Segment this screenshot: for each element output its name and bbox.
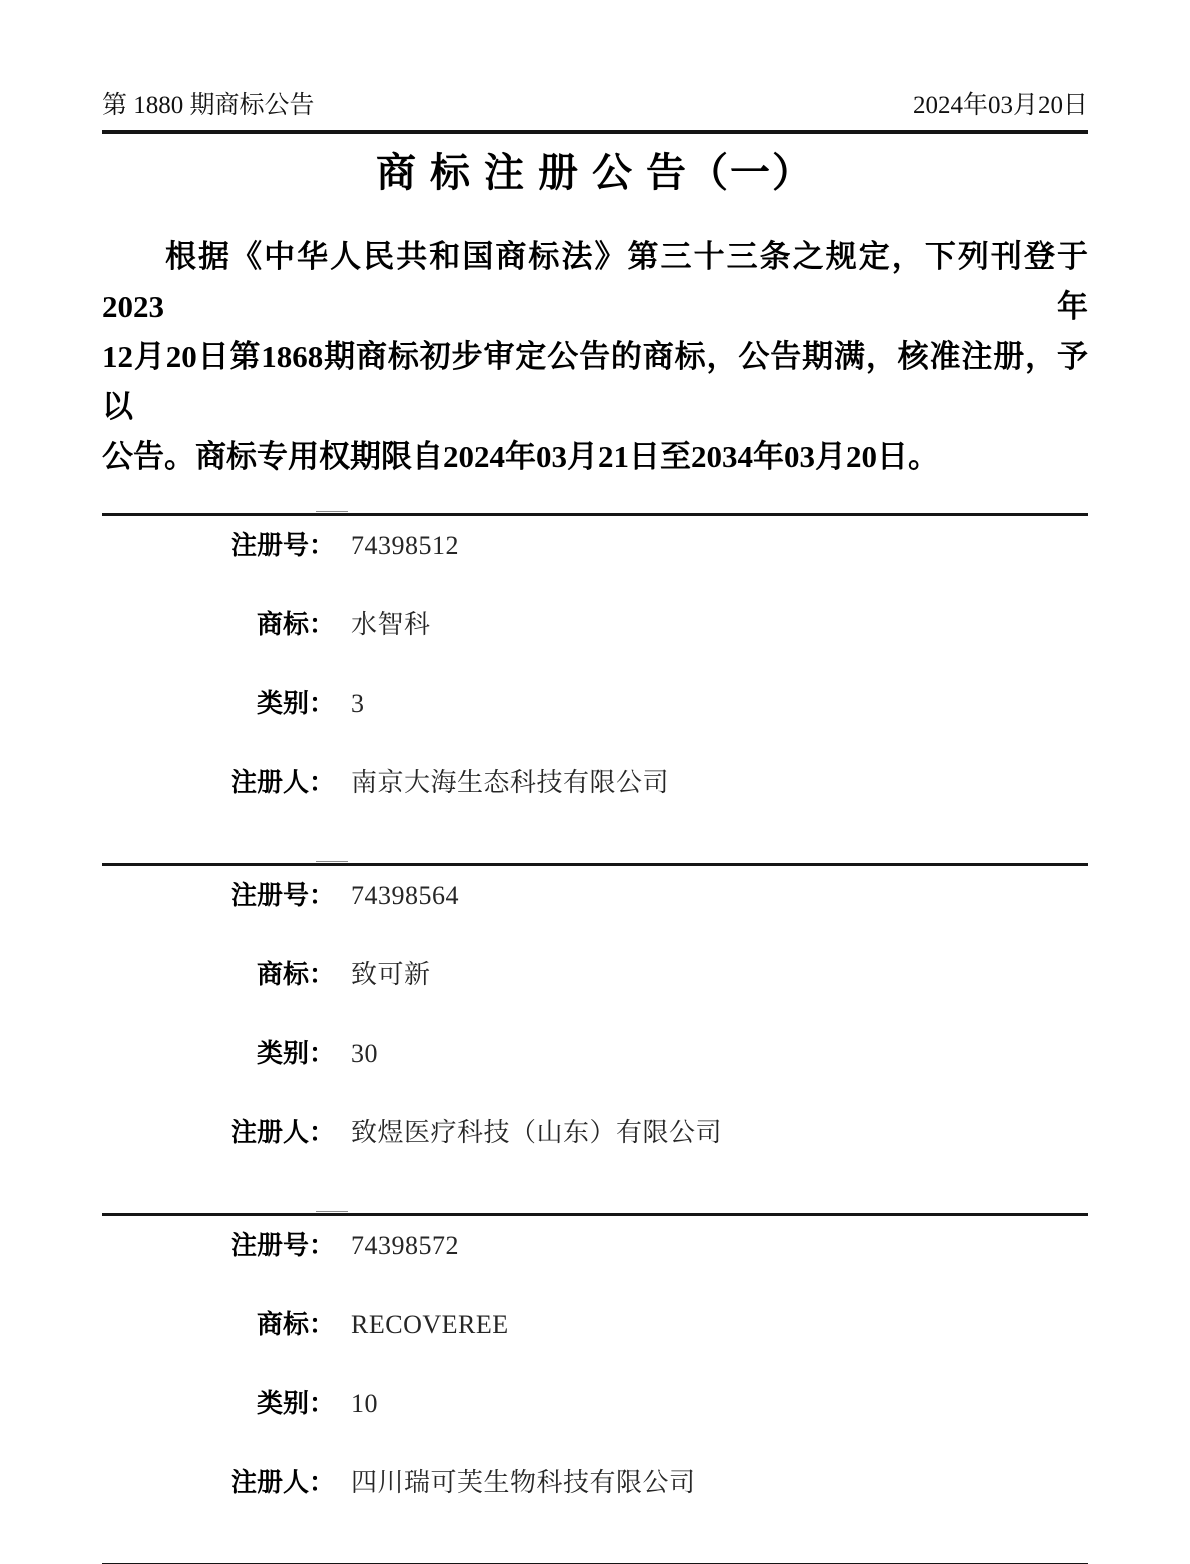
trademark-value: 致可新 xyxy=(351,958,431,991)
intro-line-1: 根据《中华人民共和国商标法》第三十三条之规定，下列刊登于2023年 xyxy=(102,232,1088,332)
field-row-category: 类别： 30 xyxy=(102,1037,1088,1116)
field-row-reg-no: 注册号： 74398572 xyxy=(102,1229,1088,1308)
registrant-value: 致煜医疗科技（山东）有限公司 xyxy=(351,1116,722,1149)
page-header: 第 1880 期商标公告 2024年03月20日 xyxy=(102,0,1088,122)
trademark-value: 水智科 xyxy=(351,608,431,641)
reg-no-value: 74398564 xyxy=(351,879,459,912)
reg-no-label: 注册号： xyxy=(102,879,335,912)
header-rule xyxy=(102,130,1088,134)
registrant-label: 注册人： xyxy=(102,1116,335,1149)
field-row-trademark: 商标： 水智科 xyxy=(102,608,1088,687)
record-list: 注册号： 74398512 商标： 水智科 类别： 3 注册人： 南京大海生态科… xyxy=(102,513,1088,1564)
field-row-registrant: 注册人： 四川瑞可芙生物科技有限公司 xyxy=(102,1466,1088,1545)
gazette-date: 2024年03月20日 xyxy=(913,90,1088,122)
trademark-record: 注册号： 74398572 商标： RECOVEREE 类别： 10 注册人： … xyxy=(102,1213,1088,1563)
category-label: 类别： xyxy=(102,687,335,720)
registrant-value: 四川瑞可芙生物科技有限公司 xyxy=(351,1466,696,1499)
reg-no-value: 74398572 xyxy=(351,1229,459,1262)
field-row-reg-no: 注册号： 74398564 xyxy=(102,879,1088,958)
category-value: 3 xyxy=(351,687,365,720)
field-row-registrant: 注册人： 致煜医疗科技（山东）有限公司 xyxy=(102,1116,1088,1195)
field-row-registrant: 注册人： 南京大海生态科技有限公司 xyxy=(102,766,1088,845)
field-row-category: 类别： 3 xyxy=(102,687,1088,766)
reg-no-value: 74398512 xyxy=(351,529,459,562)
intro-line-3: 公告。商标专用权期限自2024年03月21日至2034年03月20日。 xyxy=(102,432,1088,482)
intro-line-2: 12月20日第1868期商标初步审定公告的商标，公告期满，核准注册，予以 xyxy=(102,332,1088,432)
trademark-record: 注册号： 74398512 商标： 水智科 类别： 3 注册人： 南京大海生态科… xyxy=(102,513,1088,863)
category-value: 30 xyxy=(351,1037,378,1070)
trademark-label: 商标： xyxy=(102,608,335,641)
registrant-label: 注册人： xyxy=(102,1466,335,1499)
category-label: 类别： xyxy=(102,1037,335,1070)
trademark-value: RECOVEREE xyxy=(351,1308,509,1341)
field-row-trademark: 商标： 致可新 xyxy=(102,958,1088,1037)
registrant-value: 南京大海生态科技有限公司 xyxy=(351,766,669,799)
registrant-label: 注册人： xyxy=(102,766,335,799)
field-row-trademark: 商标： RECOVEREE xyxy=(102,1308,1088,1387)
reg-no-label: 注册号： xyxy=(102,1229,335,1262)
field-row-category: 类别： 10 xyxy=(102,1387,1088,1466)
category-label: 类别： xyxy=(102,1387,335,1420)
trademark-record: 注册号： 74398564 商标： 致可新 类别： 30 注册人： 致煜医疗科技… xyxy=(102,863,1088,1213)
page-title: 商 标 注 册 公 告（一） xyxy=(102,149,1088,197)
field-row-reg-no: 注册号： 74398512 xyxy=(102,529,1088,608)
trademark-label: 商标： xyxy=(102,958,335,991)
trademark-label: 商标： xyxy=(102,1308,335,1341)
gazette-issue-label: 第 1880 期商标公告 xyxy=(102,90,315,122)
reg-no-label: 注册号： xyxy=(102,529,335,562)
intro-paragraph: 根据《中华人民共和国商标法》第三十三条之规定，下列刊登于2023年 12月20日… xyxy=(102,232,1088,482)
category-value: 10 xyxy=(351,1387,378,1420)
page: 第 1880 期商标公告 2024年03月20日 商 标 注 册 公 告（一） … xyxy=(102,0,1088,1564)
